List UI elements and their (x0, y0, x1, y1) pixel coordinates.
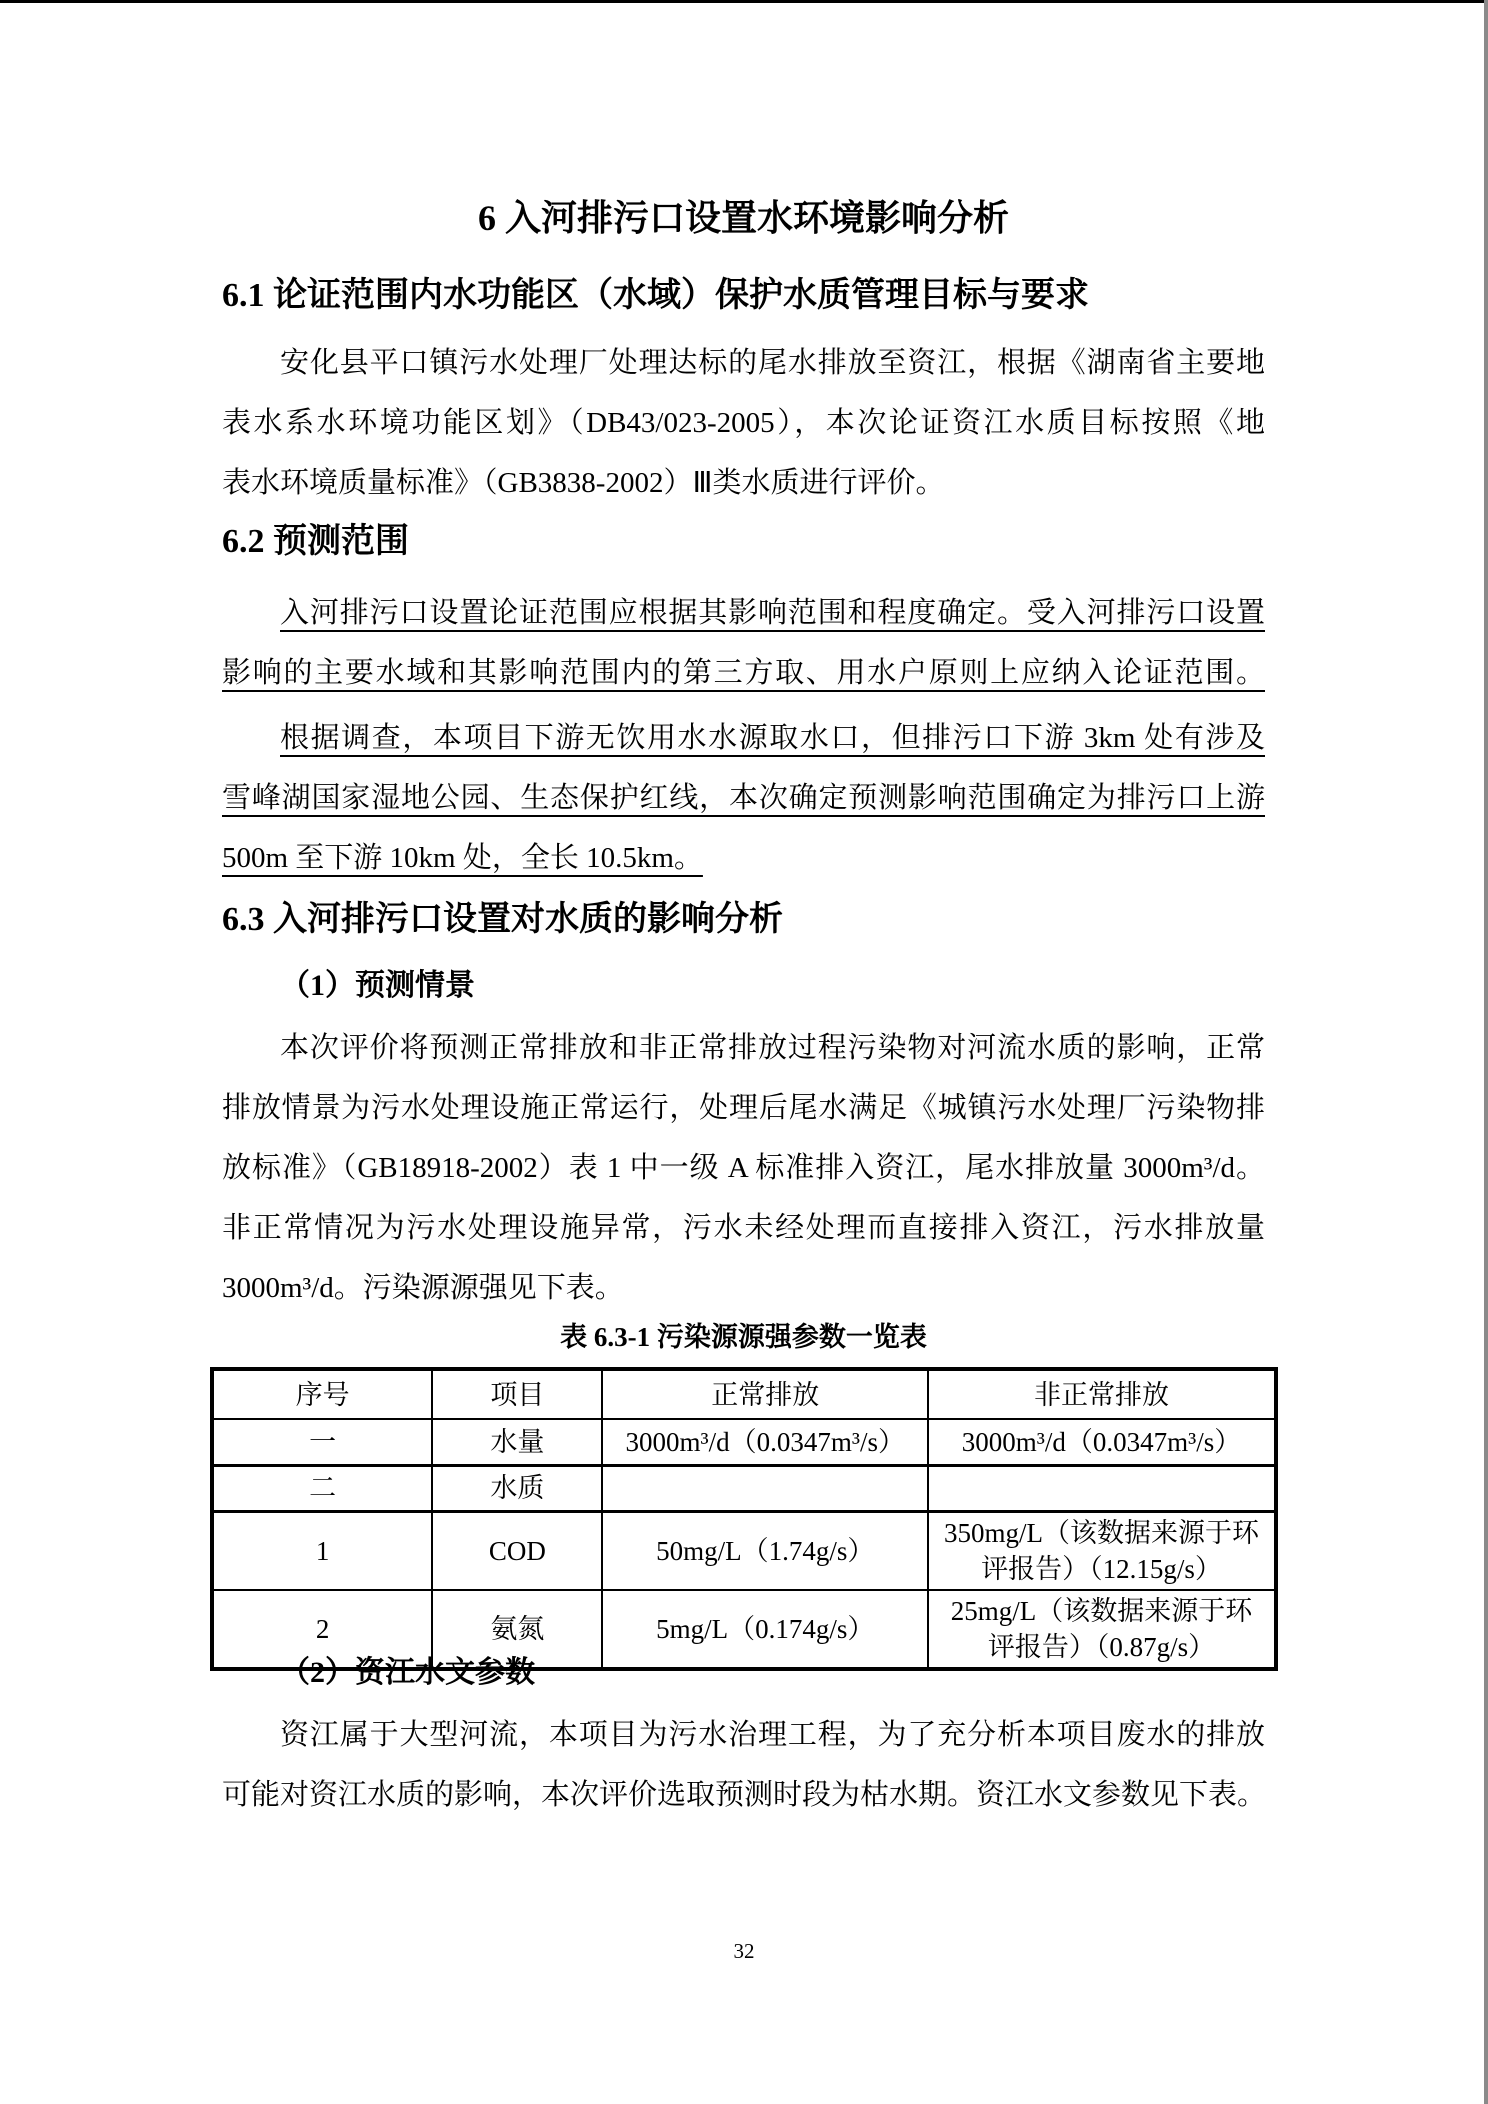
paragraph-prediction-scope-1: 入河排污口设置论证范围应根据其影响范围和程度确定。受入河排污口设置影响的主要水域… (222, 583, 1265, 703)
page-number: 32 (0, 1938, 1488, 1964)
table-header-cell: 正常排放 (602, 1369, 928, 1419)
subheading-prediction-scenario: （1）预测情景 (222, 962, 1323, 1010)
table-cell: 一 (212, 1419, 432, 1465)
section-heading-6-1: 6.1 论证范围内水功能区（水域）保护水质管理目标与要求 (222, 272, 1265, 320)
text-line: 放标准》（GB18918-2002）表 1 中一级 A 标准排入资江，尾水排放量… (222, 1138, 1265, 1198)
text-line: 表水系水环境功能区划》（DB43/023-2005），本次论证资江水质目标按照《… (222, 393, 1265, 453)
table-cell (928, 1465, 1276, 1511)
text-line: 3000m³/d。污染源源强见下表。 (222, 1258, 1265, 1318)
table-header-cell: 非正常排放 (928, 1369, 1276, 1419)
text-line: 影响的主要水域和其影响范围内的第三方取、用水户原则上应纳入论证范围。 (222, 643, 1265, 703)
subheading-hydrology-params: （2）资江水文参数 (222, 1649, 1323, 1697)
pollution-source-table-wrap: 序号项目正常排放非正常排放 一水量3000m³/d（0.0347m³/s）300… (210, 1367, 1278, 1671)
table-cell: 50mg/L（1.74g/s） (602, 1511, 928, 1590)
table-cell: 1 (212, 1511, 432, 1590)
table-header-cell: 序号 (212, 1369, 432, 1419)
document-page: 6 入河排污口设置水环境影响分析 6.1 论证范围内水功能区（水域）保护水质管理… (0, 0, 1488, 2104)
table-body: 一水量3000m³/d（0.0347m³/s）3000m³/d（0.0347m³… (212, 1419, 1276, 1669)
text-line: 资江属于大型河流，本项目为污水治理工程，为了充分析本项目废水的排放 (222, 1705, 1265, 1765)
table-row: 1COD50mg/L（1.74g/s）350mg/L（该数据来源于环评报告）（1… (212, 1511, 1276, 1590)
text-line: 雪峰湖国家湿地公园、生态保护红线，本次确定预测影响范围确定为排污口上游 (222, 768, 1265, 828)
paragraph-water-function-zone: 安化县平口镇污水处理厂处理达标的尾水排放至资江，根据《湖南省主要地表水系水环境功… (222, 333, 1265, 513)
chapter-title: 6 入河排污口设置水环境影响分析 (222, 194, 1265, 242)
table-row: 一水量3000m³/d（0.0347m³/s）3000m³/d（0.0347m³… (212, 1419, 1276, 1465)
table-caption: 表 6.3-1 污染源源强参数一览表 (222, 1318, 1265, 1356)
section-heading-6-3: 6.3 入河排污口设置对水质的影响分析 (222, 896, 1265, 944)
text-line: 根据调查，本项目下游无饮用水水源取水口，但排污口下游 3km 处有涉及 (222, 708, 1265, 768)
paragraph-prediction-scope-2: 根据调查，本项目下游无饮用水水源取水口，但排污口下游 3km 处有涉及雪峰湖国家… (222, 708, 1265, 888)
page-right-edge-line (1484, 0, 1488, 2104)
text-line: 可能对资江水质的影响，本次评价选取预测时段为枯水期。资江水文参数见下表。 (222, 1765, 1265, 1825)
table-cell: 二 (212, 1465, 432, 1511)
text-line: 本次评价将预测正常排放和非正常排放过程污染物对河流水质的影响，正常 (222, 1018, 1265, 1078)
text-line: 非正常情况为污水处理设施异常，污水未经处理而直接排入资江，污水排放量 (222, 1198, 1265, 1258)
table-header-row: 序号项目正常排放非正常排放 (212, 1369, 1276, 1419)
text-line: 表水环境质量标准》（GB3838-2002）Ⅲ类水质进行评价。 (222, 453, 1265, 513)
text-line: 入河排污口设置论证范围应根据其影响范围和程度确定。受入河排污口设置 (222, 583, 1265, 643)
table-cell: 3000m³/d（0.0347m³/s） (602, 1419, 928, 1465)
table-cell: COD (432, 1511, 602, 1590)
text-line: 安化县平口镇污水处理厂处理达标的尾水排放至资江，根据《湖南省主要地 (222, 333, 1265, 393)
paragraph-prediction-scenario: 本次评价将预测正常排放和非正常排放过程污染物对河流水质的影响，正常排放情景为污水… (222, 1018, 1265, 1318)
table-header-cell: 项目 (432, 1369, 602, 1419)
table-cell: 350mg/L（该数据来源于环评报告）（12.15g/s） (928, 1511, 1276, 1590)
table-row: 二水质 (212, 1465, 1276, 1511)
table-cell: 水质 (432, 1465, 602, 1511)
text-line: 500m 至下游 10km 处，全长 10.5km。 (222, 828, 1265, 888)
text-line: 排放情景为污水处理设施正常运行，处理后尾水满足《城镇污水处理厂污染物排 (222, 1078, 1265, 1138)
paragraph-hydrology-params: 资江属于大型河流，本项目为污水治理工程，为了充分析本项目废水的排放可能对资江水质… (222, 1705, 1265, 1825)
page-top-edge-line (0, 0, 1488, 3)
table-cell: 3000m³/d（0.0347m³/s） (928, 1419, 1276, 1465)
pollution-source-table: 序号项目正常排放非正常排放 一水量3000m³/d（0.0347m³/s）300… (210, 1367, 1278, 1671)
table-cell (602, 1465, 928, 1511)
section-heading-6-2: 6.2 预测范围 (222, 518, 1265, 566)
table-cell: 水量 (432, 1419, 602, 1465)
